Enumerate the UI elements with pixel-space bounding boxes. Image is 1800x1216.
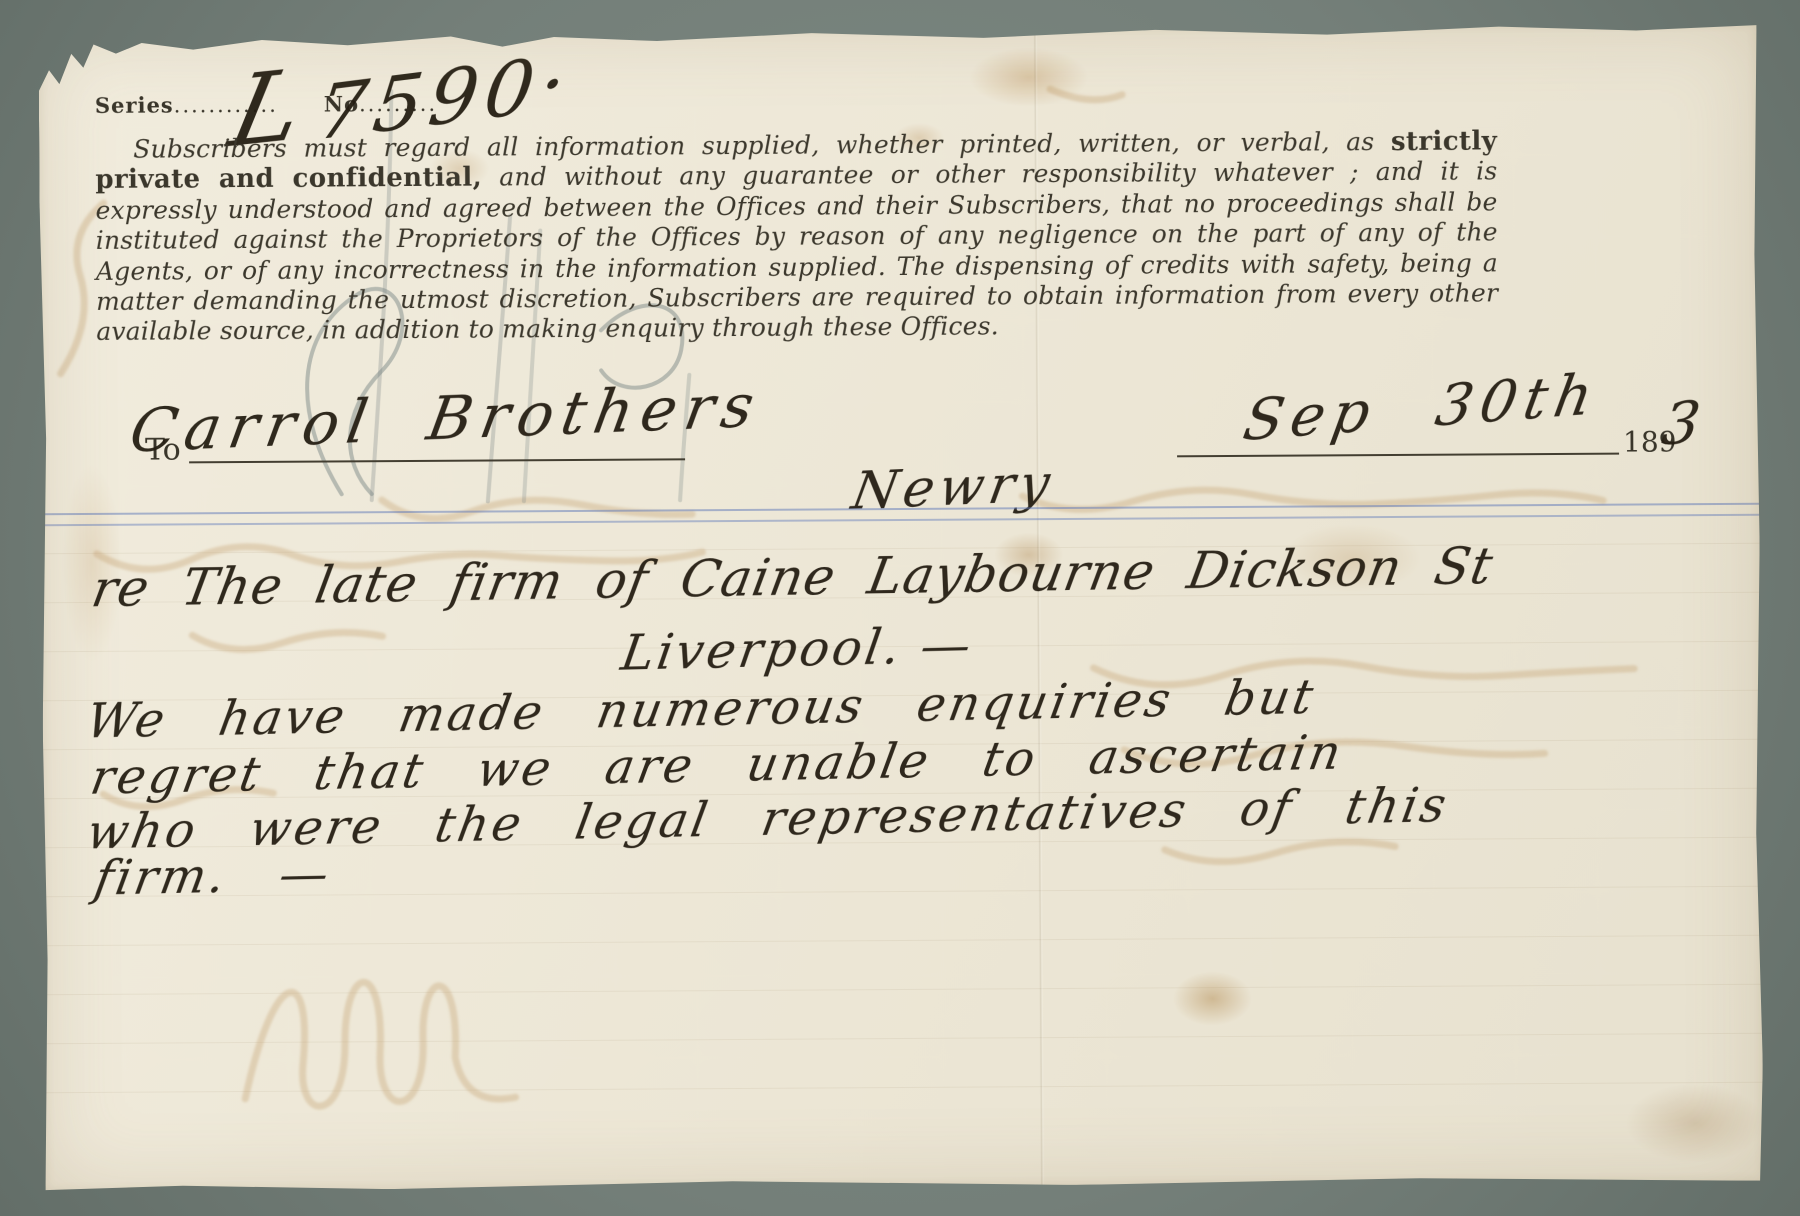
photo-background: Series............No......... L 7590· Su… <box>0 0 1800 1216</box>
paper: Series............No......... L 7590· Su… <box>38 23 1763 1191</box>
subscriber-notice-paragraph: Subscribers must regard all information … <box>95 126 1498 347</box>
series-label: Series <box>95 92 174 117</box>
message-line: firm. — <box>90 846 335 907</box>
city-handwritten: Liverpool. — <box>617 616 977 681</box>
